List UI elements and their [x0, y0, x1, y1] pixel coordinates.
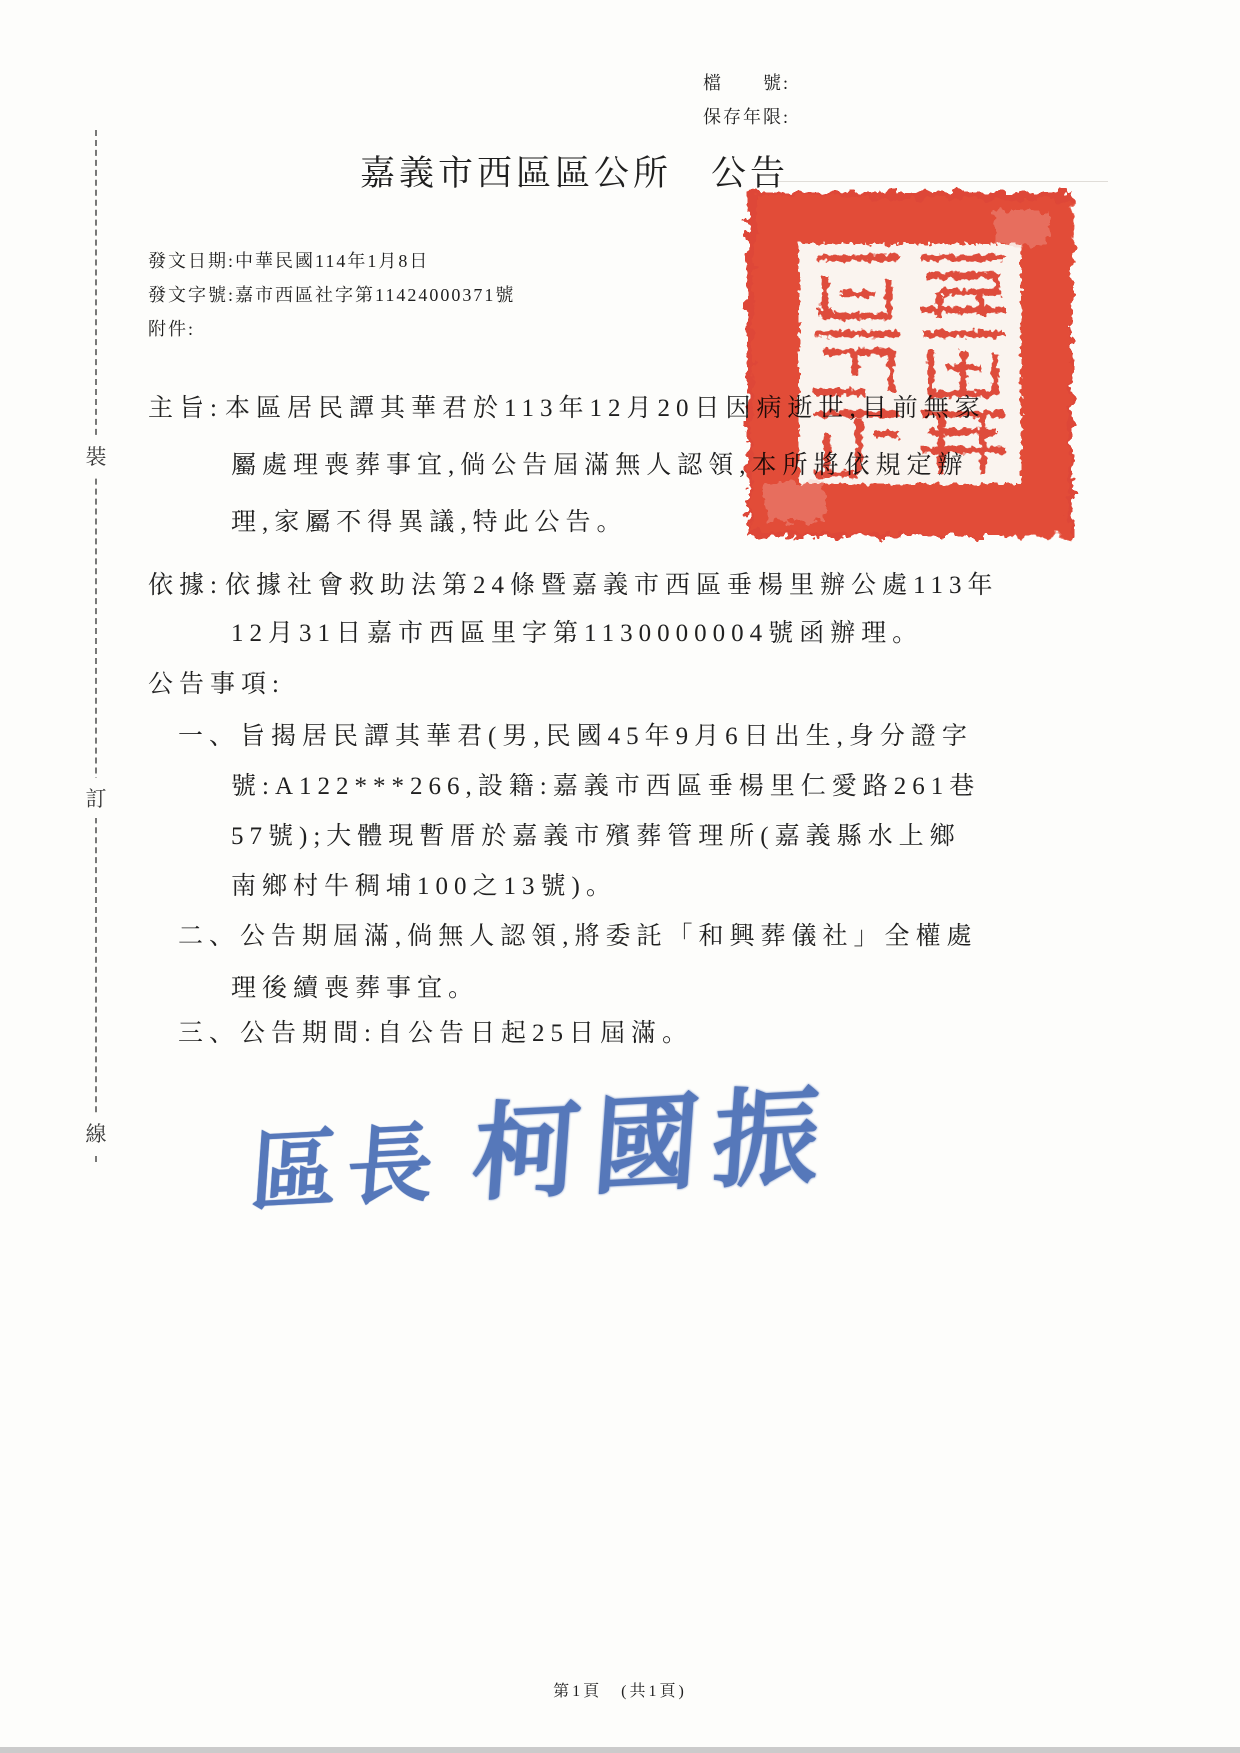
item-1-line-4: 南鄉村牛稠埔100之13號)。	[231, 866, 617, 902]
item-3-number: 三、	[178, 1020, 240, 1047]
item-3-text-1: 公告期間:自公告日起25日屆滿。	[240, 1020, 693, 1047]
issue-date-label: 發文日期:	[148, 251, 235, 271]
item-1-line-2: 號:A122***266,設籍:嘉義市西區垂楊里仁愛路261巷	[231, 766, 980, 802]
issue-date-row: 發文日期:中華民國114年1月8日	[148, 244, 515, 278]
doc-number-value: 嘉市西區社字第11424000371號	[235, 285, 515, 305]
subject-line-3: 理,家屬不得異議,特此公告。	[231, 502, 628, 538]
scan-artifact-strip	[0, 1747, 1240, 1753]
attachment-row: 附件:	[148, 312, 515, 346]
signature-name: 柯國振	[469, 1078, 837, 1214]
basis-label: 依據:	[148, 572, 223, 599]
district-chief-signature: 區長柯國振	[247, 1050, 839, 1233]
issue-date-value: 中華民國114年1月8日	[235, 251, 429, 271]
basis-line-2: 12月31日嘉市西區里字第1130000004號函辦理。	[231, 613, 923, 649]
scanned-official-announcement: 裝 訂 線 檔 號: 保存年限: 嘉義市西區區公所 公告 發文日期:中華民國11…	[0, 0, 1240, 1753]
page-title: 嘉義市西區區公所 公告	[360, 146, 789, 196]
announcement-heading: 公告事項:	[148, 664, 285, 700]
item-1-number: 一、	[178, 723, 240, 750]
official-seal-stamp	[735, 182, 1085, 548]
basis-text-1: 依據社會救助法第24條暨嘉義市西區垂楊里辦公處113年	[225, 572, 999, 599]
binding-mark-zhuang: 裝	[83, 436, 109, 476]
binding-mark-ding: 訂	[83, 778, 109, 818]
page-number-footer: 第1頁 (共1頁)	[0, 1678, 1240, 1701]
archive-labels: 檔 號: 保存年限:	[703, 66, 790, 134]
doc-number-label: 發文字號:	[148, 285, 235, 305]
file-number-label: 檔 號:	[703, 66, 790, 100]
item-2-line-2: 理後續喪葬事宜。	[231, 968, 479, 1004]
item-2-number: 二、	[178, 923, 240, 950]
doc-number-row: 發文字號:嘉市西區社字第11424000371號	[148, 278, 515, 312]
item-3-line-1: 三、公告期間:自公告日起25日屆滿。	[178, 1013, 693, 1049]
retention-period-label: 保存年限:	[703, 100, 790, 134]
binding-mark-xian: 線	[83, 1113, 109, 1153]
subject-label: 主旨:	[148, 395, 223, 422]
basis-line-1: 依據:依據社會救助法第24條暨嘉義市西區垂楊里辦公處113年	[148, 565, 999, 601]
item-2-line-1: 二、公告期屆滿,倘無人認領,將委託「和興葬儀社」全權處	[178, 916, 978, 952]
item-1-text-1: 旨揭居民譚其華君(男,民國45年9月6日出生,身分證字	[240, 723, 973, 750]
item-1-line-1: 一、旨揭居民譚其華君(男,民國45年9月6日出生,身分證字	[178, 716, 973, 752]
binding-dashed-line	[95, 130, 97, 1162]
document-meta: 發文日期:中華民國114年1月8日 發文字號:嘉市西區社字第1142400037…	[148, 244, 515, 346]
attachment-label: 附件:	[148, 319, 195, 339]
signature-title: 區長	[248, 1115, 446, 1222]
item-1-line-3: 57號);大體現暫厝於嘉義市殯葬管理所(嘉義縣水上鄉	[231, 816, 961, 852]
item-2-text-1: 公告期屆滿,倘無人認領,將委託「和興葬儀社」全權處	[240, 923, 978, 950]
